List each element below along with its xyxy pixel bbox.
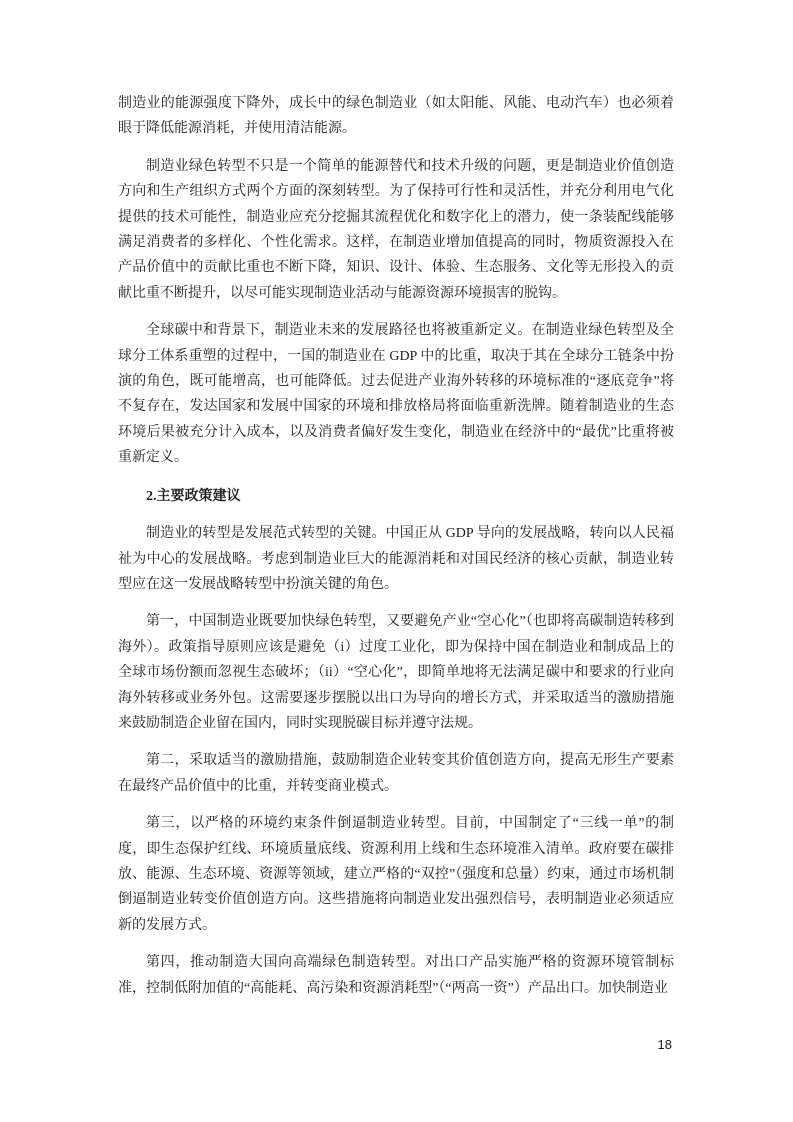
page-number: 18 bbox=[658, 1037, 672, 1052]
document-page: 制造业的能源强度下降外，成长中的绿色制造业（如太阳能、风能、电动汽车）也必须着眼… bbox=[0, 0, 793, 1122]
paragraph-fourth-recommendation: 第四，推动制造大国向高端绿色制造转型。对出口产品实施严格的资源环境管制标准，控制… bbox=[118, 950, 674, 1001]
paragraph-global-carbon-neutrality: 全球碳中和背景下，制造业未来的发展路径也将被重新定义。在制造业绿色转型及全球分工… bbox=[118, 318, 674, 470]
page-content: 制造业的能源强度下降外，成长中的绿色制造业（如太阳能、风能、电动汽车）也必须着眼… bbox=[118, 91, 674, 1001]
paragraph-second-recommendation: 第二，采取适当的激励措施，鼓励制造企业转变其价值创造方向，提高无形生产要素在最终… bbox=[118, 748, 674, 799]
section-heading-policy-recommendations: 2.主要政策建议 bbox=[118, 484, 674, 509]
paragraph-green-transformation-value-creation: 制造业绿色转型不只是一个简单的能源替代和技术升级的问题，更是制造业价值创造方向和… bbox=[118, 154, 674, 306]
paragraph-third-recommendation: 第三，以严格的环境约束条件倒逼制造业转型。目前，中国制定了“三线一单”的制度，即… bbox=[118, 811, 674, 938]
paragraph-energy-intensity-continuation: 制造业的能源强度下降外，成长中的绿色制造业（如太阳能、风能、电动汽车）也必须着眼… bbox=[118, 91, 674, 142]
paragraph-development-paradigm-shift: 制造业的转型是发展范式转型的关键。中国正从 GDP 导向的发展战略，转向以人民福… bbox=[118, 521, 674, 597]
paragraph-first-recommendation: 第一，中国制造业既要加快绿色转型，又要避免产业“空心化”（也即将高碳制造转移到海… bbox=[118, 609, 674, 736]
